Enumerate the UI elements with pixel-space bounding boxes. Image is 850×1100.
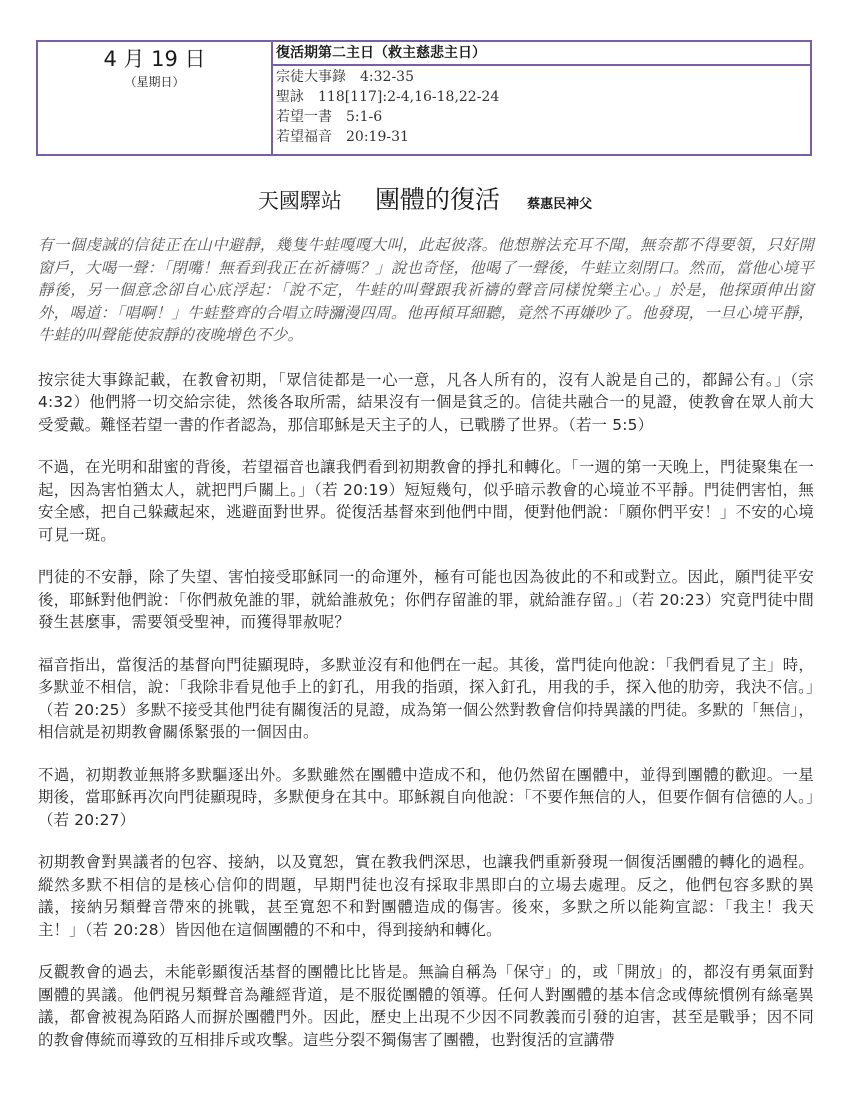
article-body: 有一個虔誠的信徒正在山中避靜，幾隻牛蛙嘎嘎大叫，此起彼落。他想辦法充耳不聞，無奈… [38, 234, 814, 1071]
date-cell: 4 月 19 日 （星期日） [38, 42, 273, 154]
paragraph: 反觀教會的過去，未能彰顯復活基督的團體比比皆是。無論自稱為「保守」的，或「開放」… [38, 961, 814, 1051]
article-heading: 天國驛站 團體的復活 蔡惠民神父 [0, 180, 850, 216]
paragraph: 門徒的不安靜，除了失望、害怕接受耶穌同一的命運外，極有可能也因為彼此的不和或對立… [38, 566, 814, 634]
paragraph: 不過，初期教並無將多默驅逐出外。多默雖然在團體中造成不和，他仍然留在團體中，並得… [38, 764, 814, 832]
weekday: （星期日） [38, 74, 271, 90]
liturgy-info-cell: 復活期第二主日（救主慈悲主日） 宗徒大事錄 4:32-35 聖詠 118[117… [273, 42, 810, 154]
article-title: 團體的復活 [375, 185, 500, 214]
column-name: 天國驛站 [258, 189, 342, 213]
intro-paragraph: 有一個虔誠的信徒正在山中避靜，幾隻牛蛙嘎嘎大叫，此起彼落。他想辦法充耳不聞，無奈… [38, 234, 814, 347]
readings-list: 宗徒大事錄 4:32-35 聖詠 118[117]:2-4,16-18,22-2… [273, 66, 810, 147]
feast-title: 復活期第二主日（救主慈悲主日） [273, 42, 810, 66]
reading-first: 宗徒大事錄 4:32-35 [276, 67, 810, 87]
reading-second: 若望一書 5:1-6 [276, 107, 810, 127]
paragraph: 福音指出，當復活的基督向門徒顯現時，多默並沒有和他們在一起。其後，當門徒向他說：… [38, 654, 814, 744]
liturgy-header-table: 4 月 19 日 （星期日） 復活期第二主日（救主慈悲主日） 宗徒大事錄 4:3… [36, 40, 812, 156]
paragraph: 按宗徒大事錄記載，在教會初期，「眾信徒都是一心一意，凡各人所有的，沒有人說是自己… [38, 369, 814, 437]
reading-gospel: 若望福音 20:19-31 [276, 127, 810, 147]
reading-psalm: 聖詠 118[117]:2-4,16-18,22-24 [276, 87, 810, 107]
date: 4 月 19 日 [38, 46, 271, 72]
paragraph: 初期教會對異議者的包容、接納，以及寬恕，實在教我們深思，也讓我們重新發現一個復活… [38, 851, 814, 941]
paragraph: 不過，在光明和甜蜜的背後，若望福音也讓我們看到初期教會的掙扎和轉化。「一週的第一… [38, 456, 814, 546]
author: 蔡惠民神父 [527, 197, 592, 212]
